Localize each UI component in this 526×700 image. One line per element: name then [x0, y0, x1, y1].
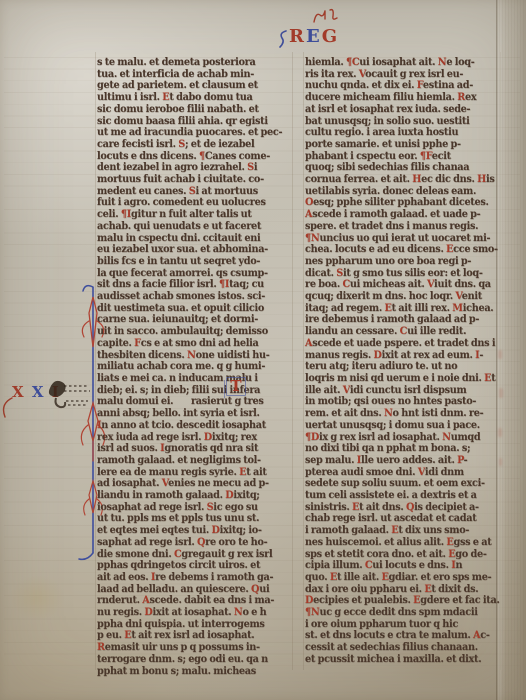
header-letter: R [289, 27, 305, 47]
margin-curl-icon [0, 396, 14, 420]
header-letter: G [322, 27, 338, 47]
text-column-right: hiemla. ¶Cui iosaphat ait. Ne loq-ris it… [305, 57, 502, 666]
running-header: R E G [278, 27, 338, 49]
chapter-initial: T [226, 377, 246, 396]
ruling-vertical [303, 52, 304, 670]
header-squiggle-icon [310, 6, 344, 26]
parchment-stain [10, 575, 65, 620]
header-letter: E [306, 27, 321, 47]
manuscript-page: R E G X X I s te malu. et demeta p [0, 0, 526, 700]
text-column-left: s te malu. et demeta posterioratua. et i… [97, 57, 294, 677]
header-pen-flourish-icon [278, 29, 288, 49]
